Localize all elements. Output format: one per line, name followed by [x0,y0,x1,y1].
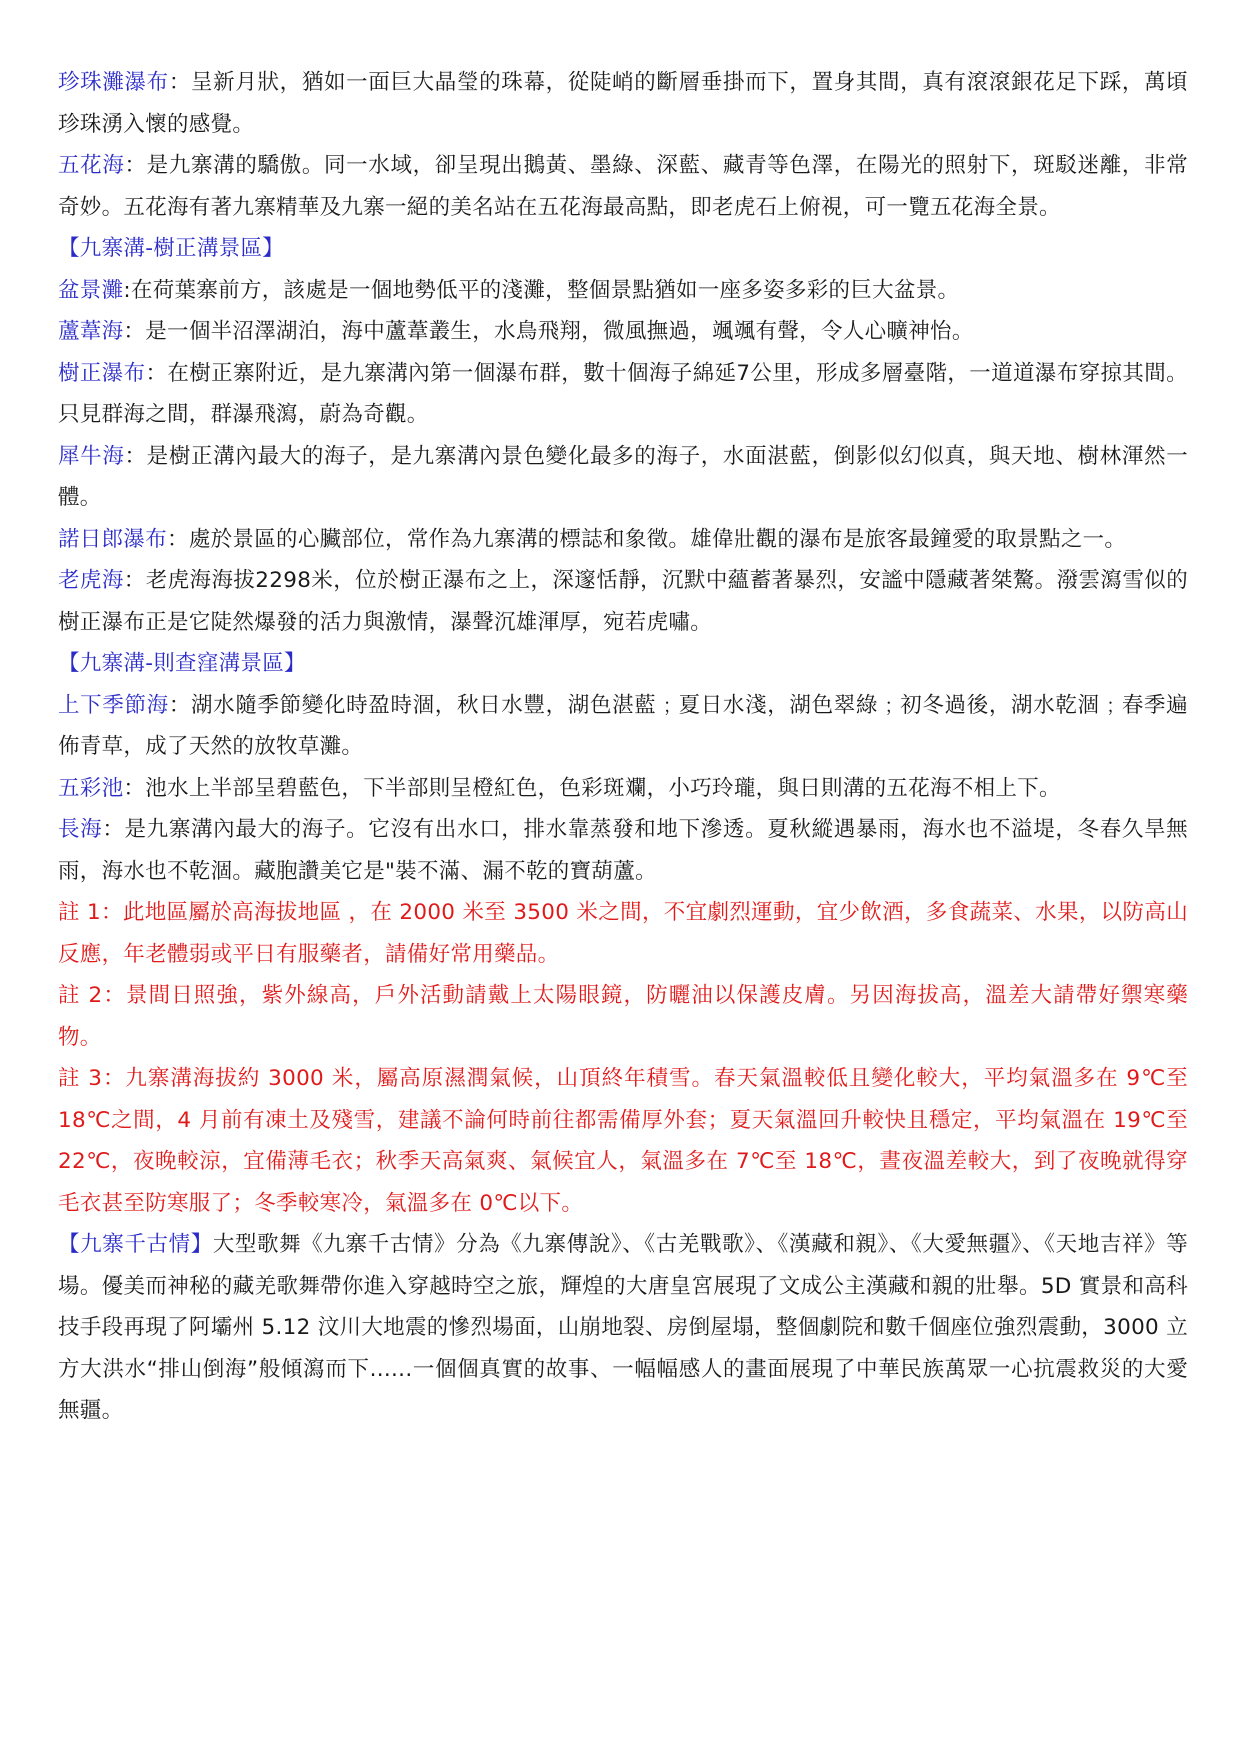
entry-term: 諾日郎瀑布 [58,527,167,552]
entry-term: 老虎海 [58,568,124,593]
entry-separator: ： [169,693,191,718]
note-1-altitude: 註 1：此地區屬於高海拔地區 ，在 2000 米至 3500 米之間，不宜劇烈運… [58,892,1188,975]
entry-separator: ： [124,568,146,593]
entry-separator: ： [169,70,191,95]
entry-text: 是九寨溝的驕傲。同一水域，卻呈現出鵝黃、墨綠、深藍、藏青等色澤，在陽光的照射下，… [58,153,1188,220]
show-jiuzhai-qianguqing: 【九寨千古情】大型歌舞《九寨千古情》分為《九寨傳說》、《古羌戰歌》、《漢藏和親》… [58,1224,1188,1432]
entry-text: 呈新月狀，猶如一面巨大晶瑩的珠幕，從陡峭的斷層垂掛而下，置身其間，真有滾滾銀花足… [58,70,1188,137]
entry-term: 蘆葦海 [58,319,123,344]
show-heading: 【九寨千古情】 [58,1232,213,1257]
entry-text: 老虎海海拔2298米，位於樹正瀑布之上，深邃恬靜，沉默中蘊蓄著暴烈，安謐中隱藏著… [58,568,1188,635]
entry-text: 是九寨溝內最大的海子。它沒有出水口，排水靠蒸發和地下滲透。夏秋縱遇暴雨，海水也不… [58,817,1188,884]
show-text: 大型歌舞《九寨千古情》分為《九寨傳說》、《古羌戰歌》、《漢藏和親》、《大愛無疆》… [58,1232,1188,1423]
entry-separator: ： [123,319,145,344]
entry-separator: ： [125,444,147,469]
entry-term: 犀牛海 [58,444,125,469]
note-3-climate: 註 3：九寨溝海拔約 3000 米，屬高原濕潤氣候，山頂終年積雪。春天氣溫較低且… [58,1058,1188,1224]
entry-text: 湖水隨季節變化時盈時涸，秋日水豐，湖色湛藍﹔夏日水淺，湖色翠綠﹔初冬過後，湖水乾… [58,693,1188,760]
entry-changhai: 長海：是九寨溝內最大的海子。它沒有出水口，排水靠蒸發和地下滲透。夏秋縱遇暴雨，海… [58,809,1188,892]
entry-term: 五花海 [58,153,125,178]
entry-term: 盆景灘 [58,278,123,303]
entry-text: 是樹正溝內最大的海子，是九寨溝內景色變化最多的海子，水面湛藍，倒影似幻似真，與天… [58,444,1188,511]
entry-text: 在荷葉寨前方，該處是一個地勢低平的淺灘，整個景點猶如一座多姿多彩的巨大盆景。 [131,278,959,303]
entry-penjingtan: 盆景灘:在荷葉寨前方，該處是一個地勢低平的淺灘，整個景點猶如一座多姿多彩的巨大盆… [58,270,1188,312]
entry-term: 五彩池 [58,776,123,801]
entry-term: 樹正瀑布 [58,361,146,386]
entry-separator: ： [167,527,189,552]
entry-shangxia-jijiehai: 上下季節海：湖水隨季節變化時盈時涸，秋日水豐，湖色湛藍﹔夏日水淺，湖色翠綠﹔初冬… [58,685,1188,768]
entry-separator: ： [123,776,145,801]
section-heading-zechawa: 【九寨溝-則查窪溝景區】 [58,643,1188,685]
entry-text: 處於景區的心臟部位，常作為九寨溝的標誌和象徵。雄偉壯觀的瀑布是旅客最鐘愛的取景點… [189,527,1126,552]
entry-xiniuhai: 犀牛海：是樹正溝內最大的海子，是九寨溝內景色變化最多的海子，水面湛藍，倒影似幻似… [58,436,1188,519]
entry-term: 上下季節海 [58,693,169,718]
entry-luweihai: 蘆葦海：是一個半沼澤湖泊，海中蘆葦叢生，水鳥飛翔，微風撫過，颯颯有聲，令人心曠神… [58,311,1188,353]
entry-laohuhai: 老虎海：老虎海海拔2298米，位於樹正瀑布之上，深邃恬靜，沉默中蘊蓄著暴烈，安謐… [58,560,1188,643]
entry-separator: ： [102,817,124,842]
entry-shuzheng-waterfall: 樹正瀑布：在樹正寨附近，是九寨溝內第一個瀑布群，數十個海子綿延7公里，形成多層臺… [58,353,1188,436]
entry-text: 在樹正寨附近，是九寨溝內第一個瀑布群，數十個海子綿延7公里，形成多層臺階，一道道… [58,361,1188,428]
document-page: 珍珠灘瀑布：呈新月狀，猶如一面巨大晶瑩的珠幕，從陡峭的斷層垂掛而下，置身其間，真… [58,62,1188,1432]
entry-separator: ： [125,153,147,178]
entry-wuhuahai: 五花海：是九寨溝的驕傲。同一水域，卻呈現出鵝黃、墨綠、深藍、藏青等色澤，在陽光的… [58,145,1188,228]
entry-separator: ： [146,361,168,386]
entry-text: 是一個半沼澤湖泊，海中蘆葦叢生，水鳥飛翔，微風撫過，颯颯有聲，令人心曠神怡。 [145,319,973,344]
entry-text: 池水上半部呈碧藍色，下半部則呈橙紅色，色彩斑斕，小巧玲瓏，與日則溝的五花海不相上… [145,776,1061,801]
section-heading-shuzheng: 【九寨溝-樹正溝景區】 [58,228,1188,270]
entry-term: 珍珠灘瀑布 [58,70,169,95]
note-2-sunlight: 註 2：景間日照強，紫外線高，戶外活動請戴上太陽眼鏡，防曬油以保護皮膚。另因海拔… [58,975,1188,1058]
entry-separator: : [123,278,131,303]
entry-wucaichi: 五彩池：池水上半部呈碧藍色，下半部則呈橙紅色，色彩斑斕，小巧玲瓏，與日則溝的五花… [58,768,1188,810]
entry-nuorilang-waterfall: 諾日郎瀑布：處於景區的心臟部位，常作為九寨溝的標誌和象徵。雄偉壯觀的瀑布是旅客最… [58,519,1188,561]
entry-zhenzhutan-waterfall: 珍珠灘瀑布：呈新月狀，猶如一面巨大晶瑩的珠幕，從陡峭的斷層垂掛而下，置身其間，真… [58,62,1188,145]
entry-term: 長海 [58,817,102,842]
